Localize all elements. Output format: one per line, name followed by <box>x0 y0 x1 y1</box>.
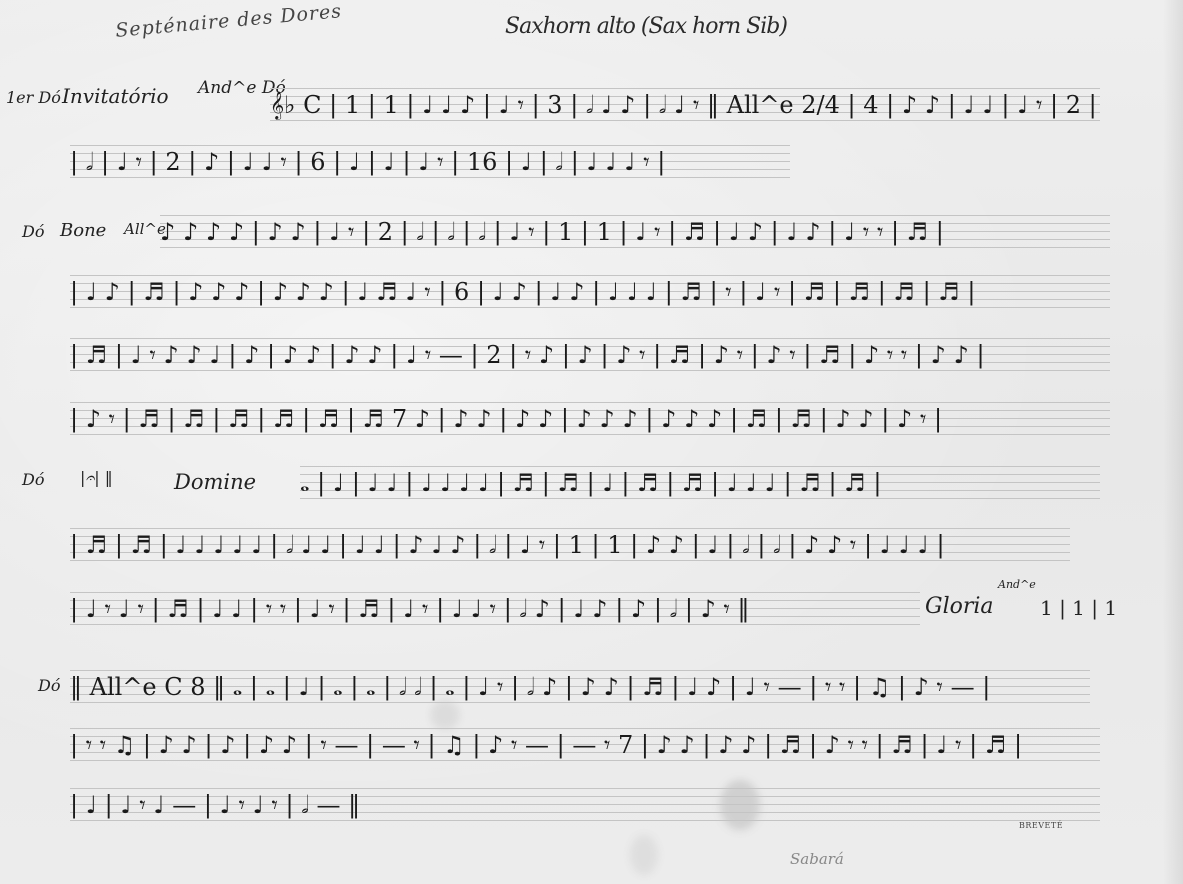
music-notation: | ♬ | ♩ 𝄾 ♪ ♪ ♩ | ♪ | ♪ ♪ | ♪ ♪ | ♩ 𝄾 — … <box>70 328 1110 382</box>
staff-row-9: | ♩ 𝄾 ♩ 𝄾 | ♬ | ♩ ♩ | 𝄾 𝄾 | ♩ 𝄾 | ♬ | ♩ … <box>70 592 920 626</box>
staff-row-5: | ♬ | ♩ 𝄾 ♪ ♪ ♩ | ♪ | ♪ ♪ | ♪ ♪ | ♩ 𝄾 — … <box>70 338 1110 372</box>
music-notation: | ♩ 𝄾 ♩ 𝄾 | ♬ | ♩ ♩ | 𝄾 𝄾 | ♩ 𝄾 | ♬ | ♩ … <box>70 582 920 636</box>
staff-row-11: | 𝄾 𝄾 ♫ | ♪ ♪ | ♪ | ♪ ♪ | 𝄾 — | — 𝄾 | ♫ … <box>70 728 1100 762</box>
manuscript-page: Septénaire des Dores Saxhorn alto (Sax h… <box>0 0 1183 884</box>
music-notation: | ♩ | ♩ 𝄾 ♩ — | ♩ 𝄾 ♩ 𝄾 | 𝅗𝅥 — ‖ <box>70 778 390 832</box>
section-title: Domine <box>174 470 256 494</box>
music-notation: | ♬ | ♬ | ♩ ♩ ♩ ♩ ♩ | 𝅗𝅥 ♩ ♩ | ♩ ♩ | ♪ ♩… <box>70 518 1070 572</box>
music-notation: 𝅝 | ♩ | ♩ ♩ | ♩ ♩ ♩ ♩ | ♬ | ♬ | ♩ | ♬ | … <box>300 456 1100 510</box>
staff-row-10: ‖ All^e C 8 ‖ 𝅝 | 𝅝 | ♩ | 𝅝 | 𝅝 | 𝅗𝅥 𝅗𝅥 … <box>70 670 1090 704</box>
music-notation: 𝄞♭ C | 1 | 1 | ♩ ♩ ♪ | ♩ 𝄾 | 3 | 𝅗𝅥 ♩ ♪ … <box>270 78 1100 132</box>
brevete-stamp: BREVETÉ <box>1019 821 1063 830</box>
ink-stain <box>630 835 658 875</box>
rest-bars: 1 | 1 | 1 <box>1040 596 1117 620</box>
header-instrument: Saxhorn alto (Sax horn Sib) <box>505 14 787 39</box>
music-notation: ♪ ♪ ♪ ♪ | ♪ ♪ | ♩ 𝄾 | 2 | 𝅗𝅥 | 𝅗𝅥 | 𝅗𝅥 |… <box>160 205 1110 259</box>
signature: Sabará <box>790 850 844 868</box>
staff-row-4: | ♩ ♪ | ♬ | ♪ ♪ ♪ | ♪ ♪ ♪ | ♩ ♬ ♩ 𝄾 | 6 … <box>70 275 1110 309</box>
staff-row-3: ♪ ♪ ♪ ♪ | ♪ ♪ | ♩ 𝄾 | 2 | 𝅗𝅥 | 𝅗𝅥 | 𝅗𝅥 |… <box>160 215 1110 249</box>
staff-row-2: | 𝅗𝅥 | ♩ 𝄾 | 2 | ♪ | ♩ ♩ 𝄾 | 6 | ♩ | ♩ |… <box>70 145 790 179</box>
section-number: Dó <box>22 222 44 241</box>
section-title: Gloria <box>925 594 994 619</box>
section-number: Dó <box>38 676 60 695</box>
staff-row-8: | ♬ | ♬ | ♩ ♩ ♩ ♩ ♩ | 𝅗𝅥 ♩ ♩ | ♩ ♩ | ♪ ♩… <box>70 528 1070 562</box>
section-title: Bone <box>60 220 106 241</box>
section-title: Invitatório <box>62 84 169 108</box>
staff-row-1: 𝄞♭ C | 1 | 1 | ♩ ♩ ♪ | ♩ 𝄾 | 3 | 𝅗𝅥 ♩ ♪ … <box>270 88 1100 122</box>
section-number: Dó <box>22 470 44 489</box>
section-number: 1er Dó <box>6 88 61 107</box>
staff-row-7: 𝅝 | ♩ | ♩ ♩ | ♩ ♩ ♩ ♩ | ♬ | ♬ | ♩ | ♬ | … <box>300 466 1100 500</box>
music-notation: | ♪ 𝄾 | ♬ | ♬ | ♬ | ♬ | ♬ | ♬ 7 ♪ | ♪ ♪ … <box>70 392 1110 446</box>
music-notation: ‖ All^e C 8 ‖ 𝅝 | 𝅝 | ♩ | 𝅝 | 𝅝 | 𝅗𝅥 𝅗𝅥 … <box>70 660 1090 714</box>
music-notation: | 𝄾 𝄾 ♫ | ♪ ♪ | ♪ | ♪ ♪ | 𝄾 — | — 𝄾 | ♫ … <box>70 718 1100 772</box>
header-title: Septénaire des Dores <box>114 0 342 42</box>
tempo-marking: And^e <box>998 578 1036 591</box>
music-notation: | ♩ ♪ | ♬ | ♪ ♪ ♪ | ♪ ♪ ♪ | ♩ ♬ ♩ 𝄾 | 6 … <box>70 265 1110 319</box>
staff-row-6: | ♪ 𝄾 | ♬ | ♬ | ♬ | ♬ | ♬ | ♬ 7 ♪ | ♪ ♪ … <box>70 402 1110 436</box>
music-notation: | 𝅗𝅥 | ♩ 𝄾 | 2 | ♪ | ♩ ♩ 𝄾 | 6 | ♩ | ♩ |… <box>70 135 790 189</box>
staff-row-12: | ♩ | ♩ 𝄾 ♩ — | ♩ 𝄾 ♩ 𝄾 | 𝅗𝅥 — ‖ <box>70 788 1100 822</box>
prefix-marking: |𝄐| ‖ <box>80 468 113 488</box>
paper-edge-shadow <box>1163 0 1183 884</box>
